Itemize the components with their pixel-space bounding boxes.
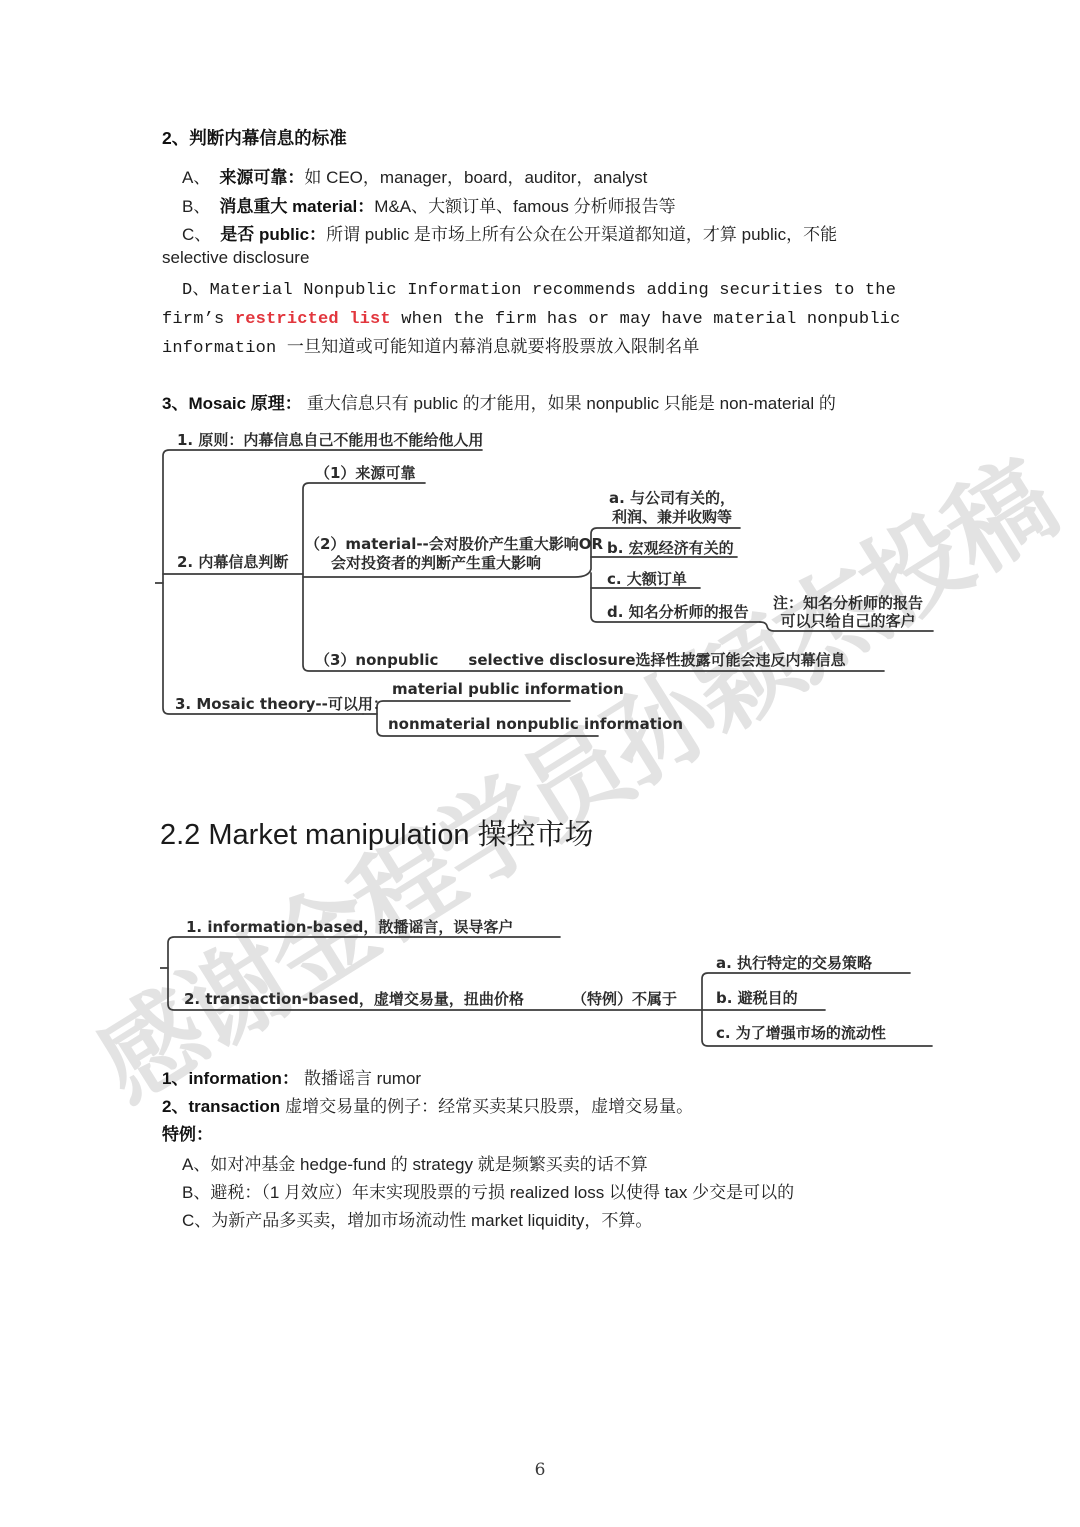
item-d-line2: firm’s restricted list when the firm has… (162, 305, 901, 334)
page: 感谢金程学员孙颖杰投稿 2、判断内幕信息的标准 A、来源可靠：如 CEO，man… (0, 0, 1080, 1527)
item-d-line3: information 一旦知道或可能知道内幕消息就要将股票放入限制名单 (162, 334, 901, 363)
item-b: B、消息重大 material：M&A、大额订单、famous 分析师报告等 (182, 192, 676, 217)
item-a-bold: 来源可靠： (219, 168, 304, 187)
dg2-information-based: 1. information-based，散播谣言，误导客户 (186, 916, 513, 937)
item-c-bold: 是否 public： (220, 225, 326, 244)
dg1-leaf-company-line2: 利润、兼并收购等 (599, 508, 745, 527)
item-d: D、Material Nonpublic Information recomme… (162, 276, 901, 363)
item-a-label: A、 (182, 168, 210, 187)
dg1-note: 注：知名分析师的报告 可以只给自己的客户 (758, 594, 938, 630)
dg1-leaf-company: a. 与公司有关的， 利润、兼并收购等 (599, 489, 745, 527)
dg1-leaf-macro: b. 宏观经济有关的 (607, 537, 734, 558)
dg2-transaction-based: 2. transaction-based，虚增交易量，扭曲价格 (184, 988, 524, 1009)
dg1-mosaic-theory: 3. Mosaic theory--可以用： (175, 693, 388, 714)
dg1-nonpublic: （3）nonpublic selective disclosure选择性披露可能… (315, 649, 846, 670)
item-d-restricted-list: restricted list (235, 310, 391, 329)
dg1-judgement: 2. 内幕信息判断 (177, 551, 288, 572)
dg1-material-line1: （2）material--会对股价产生重大影响OR (305, 535, 567, 554)
item-d-line2-post: when the firm has or may have material n… (391, 310, 901, 329)
note-transaction-text: 虚增交易量的例子：经常买卖某只股票，虚增交易量。 (285, 1097, 693, 1116)
note-information-bold: 1、information： (162, 1069, 299, 1088)
item-mosaic-text: 重大信息只有 public 的才能用，如果 nonpublic 只能是 non-… (307, 394, 836, 413)
note-item-b: B、避税：（1 月效应）年末实现股票的亏损 realized loss 以使得 … (182, 1178, 794, 1203)
page-number: 6 (0, 1460, 1080, 1480)
item-d-line1: D、Material Nonpublic Information recomme… (162, 276, 901, 305)
dg1-material: （2）material--会对股价产生重大影响OR 会对投资者的判断产生重大影响 (305, 535, 567, 573)
item-a-text: 如 CEO，manager，board，auditor，analyst (304, 168, 647, 187)
diagram-insider-info: 1. 原则：内幕信息自己不能用也不能给他人用 2. 内幕信息判断 （1）来源可靠… (155, 425, 967, 747)
item-a: A、来源可靠：如 CEO，manager，board，auditor，analy… (182, 163, 647, 188)
dg1-mosaic-nonmaterial-nonpublic: nonmaterial nonpublic information (388, 715, 683, 733)
dg2-leaf-strategy: a. 执行特定的交易策略 (716, 952, 872, 973)
item-d-line2-pre: firm’s (162, 310, 235, 329)
item-mosaic-bold: 3、Mosaic 原理： (162, 394, 302, 413)
note-special-heading: 特例： (162, 1120, 213, 1145)
section2-heading: 2、判断内幕信息的标准 (162, 125, 347, 150)
dg2-leaf-liquidity: c. 为了增强市场的流动性 (716, 1022, 886, 1043)
note-information: 1、information：散播谣言 rumor (162, 1064, 421, 1089)
item-b-bold: 消息重大 material： (219, 197, 374, 216)
item-b-label: B、 (182, 197, 210, 216)
item-b-text: M&A、大额订单、famous 分析师报告等 (374, 197, 675, 216)
dg1-source-reliable: （1）来源可靠 (315, 462, 415, 483)
dg1-note-line1: 注：知名分析师的报告 (758, 594, 938, 612)
dg1-mosaic-material-public: material public information (392, 680, 624, 698)
section22-heading: 2.2 Market manipulation 操控市场 (160, 812, 594, 853)
note-item-a: A、如对冲基金 hedge-fund 的 strategy 就是频繁买卖的话不算 (182, 1150, 648, 1175)
dg1-leaf-analyst: d. 知名分析师的报告 (607, 601, 749, 622)
diagram-market-manipulation: 1. information-based，散播谣言，误导客户 2. transa… (160, 910, 960, 1052)
dg1-note-line2: 可以只给自己的客户 (758, 612, 938, 630)
note-information-text: 散播谣言 rumor (304, 1069, 421, 1088)
dg2-leaf-tax: b. 避税目的 (716, 987, 798, 1008)
dg1-leaf-large-order: c. 大额订单 (607, 568, 687, 589)
dg2-special-case: （特例）不属于 (572, 988, 677, 1009)
note-transaction: 2、transaction虚增交易量的例子：经常买卖某只股票，虚增交易量。 (162, 1092, 693, 1117)
dg1-principle: 1. 原则：内幕信息自己不能用也不能给他人用 (177, 429, 483, 450)
note-transaction-bold: 2、transaction (162, 1097, 280, 1116)
item-c-continuation: selective disclosure (162, 248, 309, 268)
dg1-leaf-company-line1: a. 与公司有关的， (599, 489, 745, 508)
note-item-c: C、为新产品多买卖，增加市场流动性 market liquidity，不算。 (182, 1206, 652, 1231)
item-c-label: C、 (182, 225, 211, 244)
item-mosaic: 3、Mosaic 原理：重大信息只有 public 的才能用，如果 nonpub… (162, 389, 836, 414)
item-c-text: 所谓 public 是市场上所有公众在公开渠道都知道，才算 public，不能 (326, 225, 837, 244)
dg1-material-line2: 会对投资者的判断产生重大影响 (305, 554, 567, 573)
item-c: C、是否 public：所谓 public 是市场上所有公众在公开渠道都知道，才… (182, 220, 837, 245)
